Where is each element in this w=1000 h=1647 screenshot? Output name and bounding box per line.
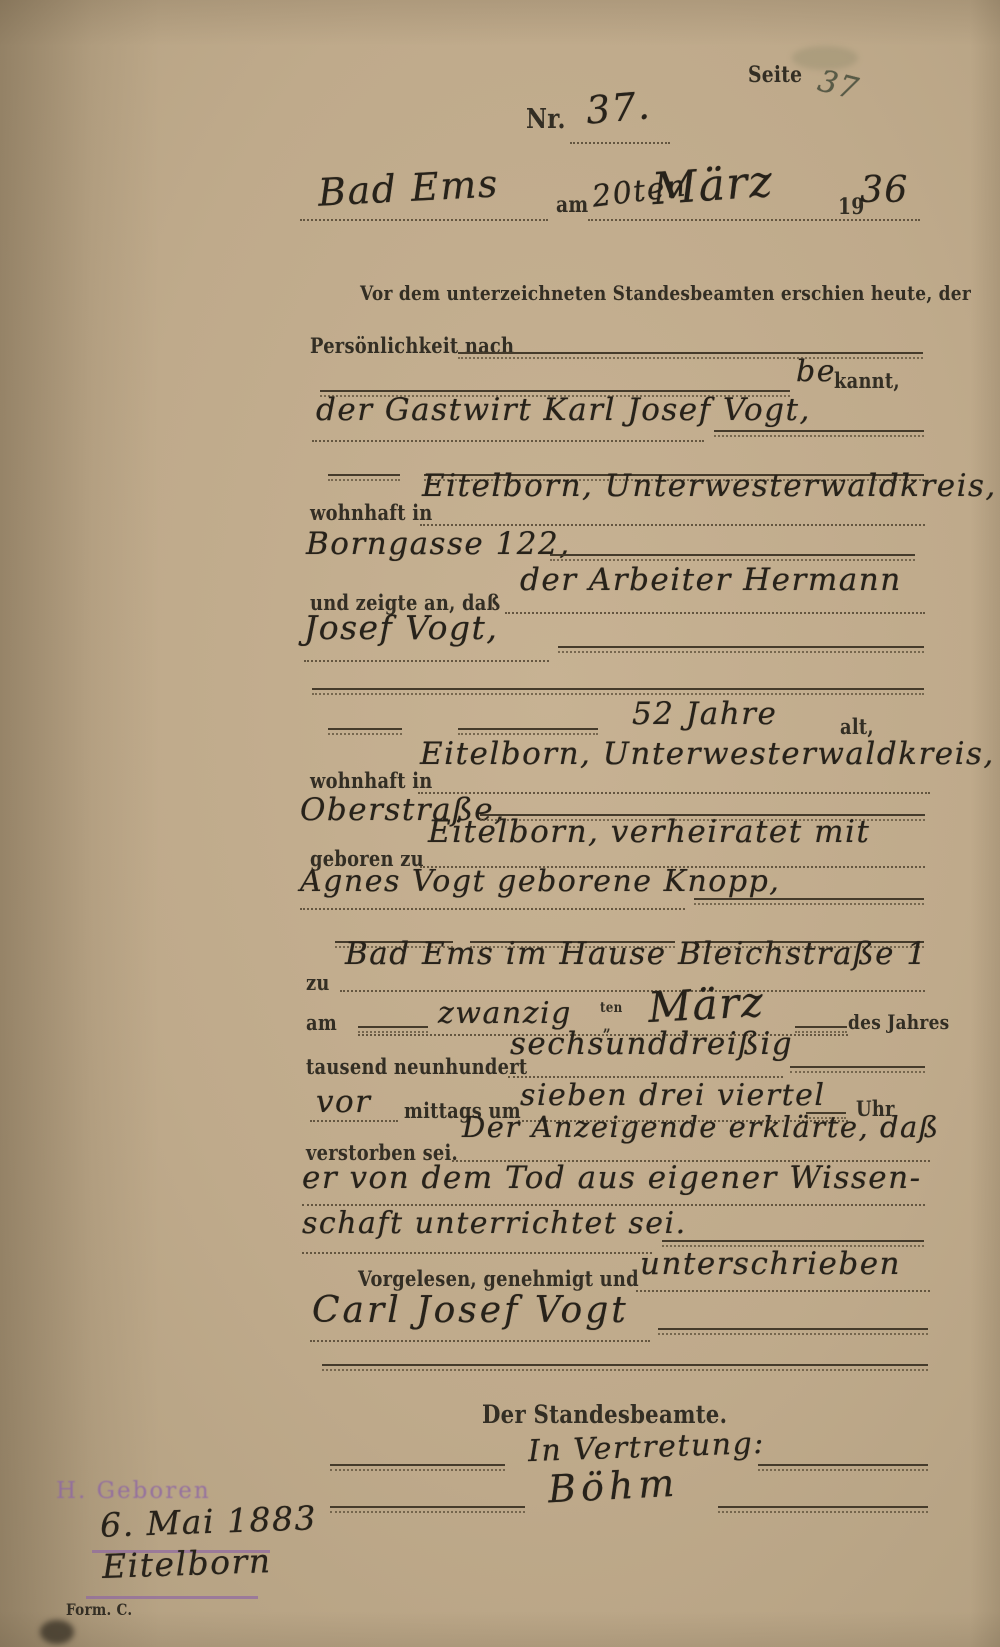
record-number-label: Nr. bbox=[526, 104, 566, 135]
form-rule bbox=[358, 1026, 428, 1028]
form-rule bbox=[304, 660, 549, 662]
form-rule bbox=[300, 219, 548, 221]
des-jahres-label: des Jahres bbox=[848, 1010, 950, 1034]
record-number-value: 37. bbox=[584, 83, 653, 132]
form-rule bbox=[694, 898, 924, 900]
form-rule bbox=[330, 1506, 525, 1508]
form-rule bbox=[658, 1328, 928, 1330]
form-rule bbox=[588, 219, 920, 221]
form-rule bbox=[758, 1464, 928, 1466]
deceased-residence-handwritten: Eitelborn, Unterwesterwaldkreis, bbox=[420, 736, 995, 772]
page-number-handwritten: 37 bbox=[814, 64, 862, 108]
unterschrieben-handwritten: unterschrieben bbox=[640, 1246, 901, 1282]
declarant-street-handwritten: Borngasse 122, bbox=[306, 526, 571, 562]
place-handwritten: Bad Ems bbox=[317, 161, 500, 214]
date-month-handwritten: März bbox=[650, 156, 775, 215]
persoenlichkeit-label: Persönlichkeit nach bbox=[310, 333, 514, 358]
form-rule bbox=[795, 1026, 847, 1028]
am2-label: am bbox=[306, 1010, 337, 1035]
year-handwritten: 36 bbox=[860, 170, 909, 211]
birthplace-handwritten: Eitelborn, verheiratet mit bbox=[428, 814, 870, 850]
form-rule bbox=[458, 728, 598, 730]
tausend-label: tausend neunhundert bbox=[306, 1054, 527, 1079]
seite-label: Seite bbox=[748, 62, 802, 88]
form-rule bbox=[458, 352, 923, 354]
form-rule bbox=[662, 1240, 924, 1242]
declarant-name-handwritten: der Gastwirt Karl Josef Vogt, bbox=[316, 392, 811, 428]
geboren-stamp-label: H. Geboren bbox=[56, 1478, 211, 1504]
form-rule bbox=[550, 554, 915, 556]
day-suffix-label: ten bbox=[600, 1000, 622, 1016]
stamp-rule bbox=[86, 1596, 258, 1599]
form-rule bbox=[636, 1290, 930, 1292]
death-time-handwritten: sieben drei viertel bbox=[520, 1078, 826, 1113]
declarant-residence-handwritten: Eitelborn, Unterwesterwaldkreis, bbox=[422, 468, 997, 504]
form-rule bbox=[312, 440, 704, 442]
form-rule bbox=[328, 474, 400, 476]
form-rule bbox=[340, 990, 925, 992]
corner-ink-mark bbox=[40, 1620, 74, 1644]
standesbeamte-label: Der Standesbeamte. bbox=[482, 1400, 727, 1429]
date-am-label: am bbox=[556, 192, 588, 218]
kannt-label: kannt, bbox=[834, 368, 900, 393]
form-rule bbox=[330, 1464, 505, 1466]
form-rule bbox=[505, 612, 925, 614]
intro-text: Vor dem unterzeichneten Standesbeamten e… bbox=[360, 281, 971, 305]
form-rule bbox=[310, 1340, 650, 1342]
wohnhaft2-label: wohnhaft in bbox=[310, 768, 432, 793]
statement-line3-handwritten: schaft unterrichtet sei. bbox=[302, 1206, 687, 1241]
form-rule bbox=[312, 688, 924, 690]
form-rule bbox=[570, 142, 670, 144]
statement-line2-handwritten: er von dem Tod aus eigener Wissen- bbox=[302, 1160, 922, 1196]
birth-date-handwritten: 6. Mai 1883 bbox=[99, 1498, 317, 1545]
bekannt-prefix-handwritten: be bbox=[796, 354, 836, 389]
birth-place-handwritten: Eitelborn bbox=[101, 1541, 272, 1586]
form-rule bbox=[310, 1120, 398, 1122]
vorgelesen-label: Vorgelesen, genehmigt und bbox=[358, 1266, 639, 1291]
declarant-signature: Carl Josef Vogt bbox=[312, 1290, 629, 1331]
deceased-intro-handwritten: der Arbeiter Hermann bbox=[520, 562, 902, 598]
deceased-name-handwritten: Josef Vogt, bbox=[304, 608, 498, 647]
deceased-age-handwritten: 52 Jahre bbox=[632, 696, 777, 732]
form-rule bbox=[328, 728, 402, 730]
form-rule bbox=[322, 1364, 928, 1366]
death-place-handwritten: Bad Ems im Hause Bleichstraße 1 bbox=[345, 936, 928, 972]
form-rule bbox=[714, 430, 924, 432]
vor-handwritten: vor bbox=[316, 1084, 372, 1120]
statement-line1-handwritten: Der Anzeigende erklärte, daß bbox=[462, 1110, 940, 1144]
form-rule bbox=[300, 908, 685, 910]
form-rule bbox=[302, 1252, 652, 1254]
form-rule bbox=[790, 1066, 925, 1068]
registrar-signature: Böhm bbox=[547, 1461, 680, 1512]
zu-label: zu bbox=[306, 970, 330, 995]
death-month-handwritten: März bbox=[647, 977, 766, 1032]
form-rule bbox=[718, 1506, 928, 1508]
form-rule bbox=[558, 646, 924, 648]
spouse-handwritten: Agnes Vogt geborene Knopp, bbox=[300, 864, 780, 899]
form-number-label: Form. C. bbox=[66, 1600, 132, 1619]
death-year-handwritten: sechsunddreißig bbox=[510, 1026, 793, 1062]
wohnhaft-label: wohnhaft in bbox=[310, 500, 432, 525]
death-record-page: Seite 37 Nr. 37. Bad Ems am 20ten März 1… bbox=[0, 0, 1000, 1647]
